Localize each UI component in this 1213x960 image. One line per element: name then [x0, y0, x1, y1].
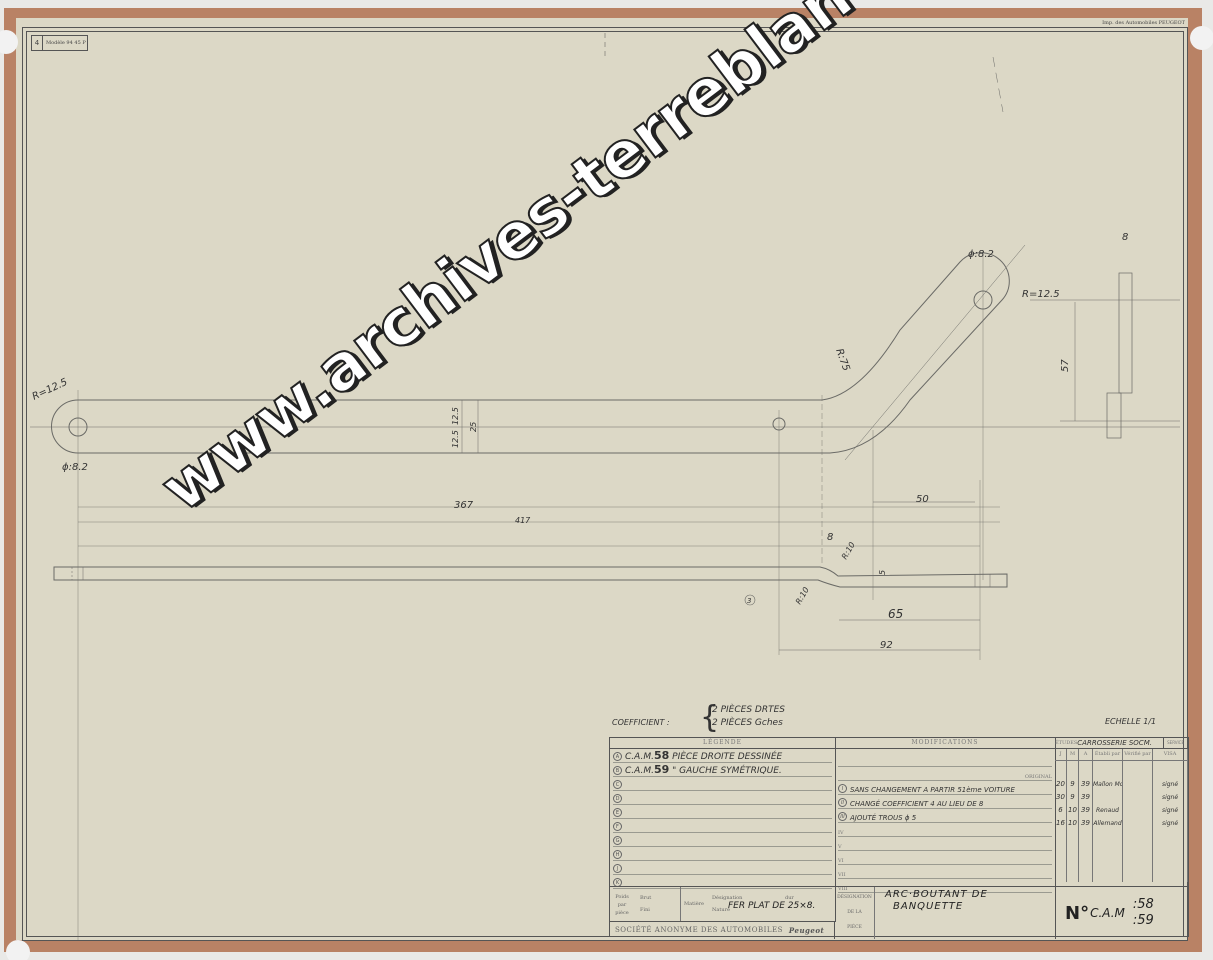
scale-label: ECHELLE 1/1: [1105, 717, 1156, 726]
material-label: Matière: [684, 901, 704, 907]
modifications-header: MODIFICATIONS: [835, 738, 1055, 749]
dim-joggle-r1: R:10: [840, 541, 857, 561]
drawing-number-box: N° C.A.M :58 :59: [1055, 887, 1188, 939]
dim-367: 367: [454, 500, 474, 511]
modification-row: IICHANGÉ COEFFICIENT 4 AU LIEU DE 8: [838, 795, 1052, 809]
weight-material-box: Poids par pièce Brut Fini Matière Désign…: [610, 887, 836, 922]
modification-row: IV: [838, 823, 1052, 837]
legend-letter: G: [613, 836, 622, 845]
modification-row: VII: [838, 865, 1052, 879]
part-name-line1: ARC·BOUTANT DE: [885, 889, 988, 901]
legend-letter: H: [613, 850, 622, 859]
legend-row: G: [613, 833, 832, 847]
designation-label-2: DE LA: [835, 905, 874, 920]
dim-rise: 57: [1060, 359, 1071, 372]
dim-joggle-r2: R:10: [794, 586, 811, 606]
legend-text: PIÈCE DROITE DESSINÉE: [672, 752, 782, 762]
legend-letter: E: [613, 808, 622, 817]
legend-ref: C.A.M.: [625, 766, 654, 776]
legend-letter: D: [613, 794, 622, 803]
coefficient-label: COEFFICIENT :: [612, 718, 670, 727]
dim-417: 417: [515, 516, 531, 525]
legend-letter: A: [613, 752, 622, 761]
view-marker: 3: [747, 597, 751, 605]
number-ref: C.A.M: [1090, 906, 1125, 920]
company-name: SOCIÉTÉ ANONYME DES AUTOMOBILES: [615, 926, 783, 934]
drawing-number-2: :59: [1133, 913, 1154, 929]
dim-left-radius: R=12.5: [31, 377, 70, 403]
dim-right-radius: R=12.5: [1022, 289, 1060, 300]
dim-bend-radius: R:75: [833, 347, 851, 372]
dim-width: 25: [469, 422, 478, 432]
drawing-number-1: :58: [1133, 897, 1154, 913]
legend-ref: C.A.M.: [625, 752, 654, 762]
dim-65: 65: [888, 607, 903, 621]
dim-50: 50: [916, 494, 929, 505]
original-label: ORIGINAL: [838, 767, 1052, 781]
studies-code: SERVICE: [1163, 738, 1188, 748]
legend-row: J: [613, 861, 832, 875]
modification-row: V: [838, 837, 1052, 851]
modifications-panel: MODIFICATIONS ORIGINAL ISANS CHANGEMENT …: [835, 738, 1056, 886]
weight-fini: Fini: [640, 907, 650, 913]
dim-half-top: 12.5: [451, 407, 460, 425]
legend-letter: F: [613, 822, 622, 831]
weight-brut: Brut: [640, 895, 651, 901]
legend-panel: LÉGENDE AC.A.M.58 PIÈCE DROITE DESSINÉE …: [610, 738, 836, 886]
studies-department: CARROSSERIE SOCM.: [1077, 739, 1152, 747]
brand-logo: Peugeot: [789, 926, 824, 935]
legend-text: " GAUCHE SYMÉTRIQUE.: [672, 766, 782, 776]
legend-row: H: [613, 847, 832, 861]
legend-letter: J: [613, 864, 622, 873]
part-designation-box: DÉSIGNATION DE LA PIÈCE ARC·BOUTANT DE B…: [835, 887, 1056, 939]
studies-label: ÉTUDES: [1055, 740, 1077, 746]
modification-row: IIIAJOUTÉ TROUS ϕ 5: [838, 809, 1052, 823]
designation-label-3: PIÈCE: [835, 920, 874, 935]
studies-panel: ÉTUDES CARROSSERIE SOCM. SERVICE J M A É…: [1055, 738, 1188, 886]
legend-num: 59: [654, 763, 669, 776]
weight-label: Poids par pièce: [613, 893, 631, 917]
legend-row: E: [613, 805, 832, 819]
dim-joggle-8: 8: [827, 532, 833, 543]
coefficient-item-right: 2 PIÈCES DRTES: [712, 704, 785, 717]
legend-row: AC.A.M.58 PIÈCE DROITE DESSINÉE: [613, 749, 832, 763]
dim-half-bottom: 12.5: [451, 430, 460, 448]
studies-table: J M A Établi par Vérifié par VISA 20939M…: [1055, 749, 1188, 882]
legend-letter: C: [613, 780, 622, 789]
dim-92: 92: [880, 640, 893, 651]
legend-num: 58: [654, 749, 669, 762]
dim-joggle-5: 5: [878, 570, 887, 575]
modification-row: ISANS CHANGEMENT A PARTIR 51ème VOITURE: [838, 781, 1052, 795]
dim-right-hole: ϕ:8.2: [968, 249, 994, 260]
dim-thickness: 8: [1122, 232, 1128, 243]
legend-header: LÉGENDE: [610, 738, 835, 749]
material-value: FER PLAT DE 25×8.: [728, 901, 815, 911]
coefficient-items: 2 PIÈCES DRTES 2 PIÈCES Gches: [712, 704, 785, 730]
part-name-line2: BANQUETTE: [885, 901, 988, 913]
designation-label-1: DÉSIGNATION: [835, 890, 874, 905]
dim-left-hole: ϕ:8.2: [62, 462, 88, 473]
legend-row: C: [613, 777, 832, 791]
title-block-bottom: Poids par pièce Brut Fini Matière Désign…: [610, 886, 1188, 939]
legend-row: F: [613, 819, 832, 833]
legend-row: D: [613, 791, 832, 805]
coefficient-item-left: 2 PIÈCES Gches: [712, 717, 785, 730]
number-prefix: N°: [1065, 903, 1089, 924]
legend-row: BC.A.M.59 " GAUCHE SYMÉTRIQUE.: [613, 763, 832, 777]
modification-row: VI: [838, 851, 1052, 865]
title-block: LÉGENDE AC.A.M.58 PIÈCE DROITE DESSINÉE …: [609, 737, 1189, 937]
legend-letter: B: [613, 766, 622, 775]
company-line: SOCIÉTÉ ANONYME DES AUTOMOBILES Peugeot: [610, 921, 835, 939]
